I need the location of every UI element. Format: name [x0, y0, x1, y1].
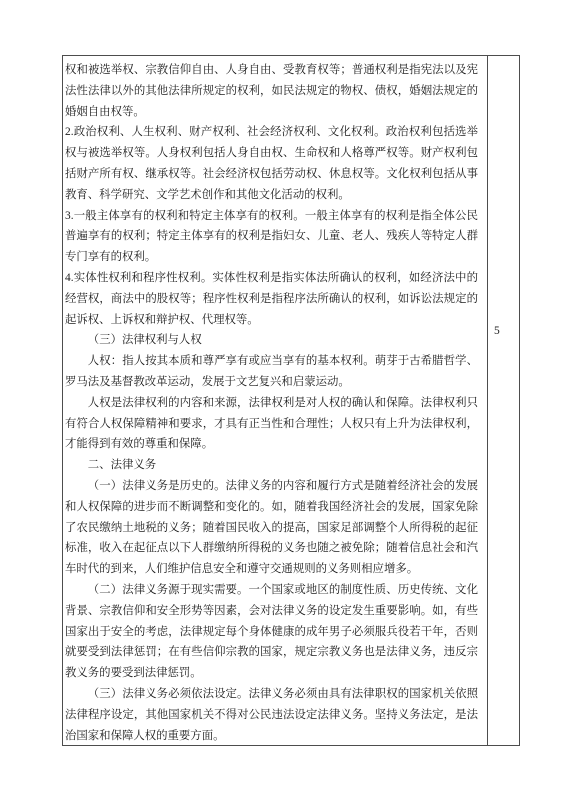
- paragraph: 人权是法律权利的内容和来源，法律权利是对人权的确认和保障。法律权利只有符合人权保…: [65, 393, 478, 455]
- paragraph: （三）法律义务必须依法设定。法律义务必须由具有法律职权的国家机关依照法律程序设定…: [65, 684, 478, 745]
- content-table: 权和被选举权、宗教信仰自由、人身自由、受教育权等；普通权利是指宪法以及宪法性法律…: [62, 55, 520, 746]
- paragraph: 二、法律义务: [65, 455, 478, 476]
- paragraph: （三）法律权利与人权: [65, 330, 478, 351]
- page-number-cell: 5: [487, 56, 519, 745]
- paragraph: 权和被选举权、宗教信仰自由、人身自由、受教育权等；普通权利是指宪法以及宪法性法律…: [65, 60, 478, 122]
- paragraph: 3.一般主体享有的权利和特定主体享有的权利。一般主体享有的权利是指全体公民普遍享…: [65, 206, 478, 268]
- paragraph: 人权：指人按其本质和尊严享有或应当享有的基本权利。萌芽于古希腊哲学、罗马法及基督…: [65, 351, 478, 393]
- paragraph: （一）法律义务是历史的。法律义务的内容和履行方式是随着经济社会的发展和人权保障的…: [65, 476, 478, 580]
- paragraph: 2.政治权利、人生权利、财产权利、社会经济权利、文化权利。政治权利包括选举权与被…: [65, 122, 478, 205]
- page-number: 5: [494, 324, 500, 338]
- paragraph: 4.实体性权利和程序性权利。实体性权利是指实体法所确认的权利，如经济法中的经营权…: [65, 268, 478, 330]
- paragraph: （二）法律义务源于现实需要。一个国家或地区的制度性质、历史传统、文化背景、宗教信…: [65, 580, 478, 684]
- text-cell: 权和被选举权、宗教信仰自由、人身自由、受教育权等；普通权利是指宪法以及宪法性法律…: [63, 56, 487, 745]
